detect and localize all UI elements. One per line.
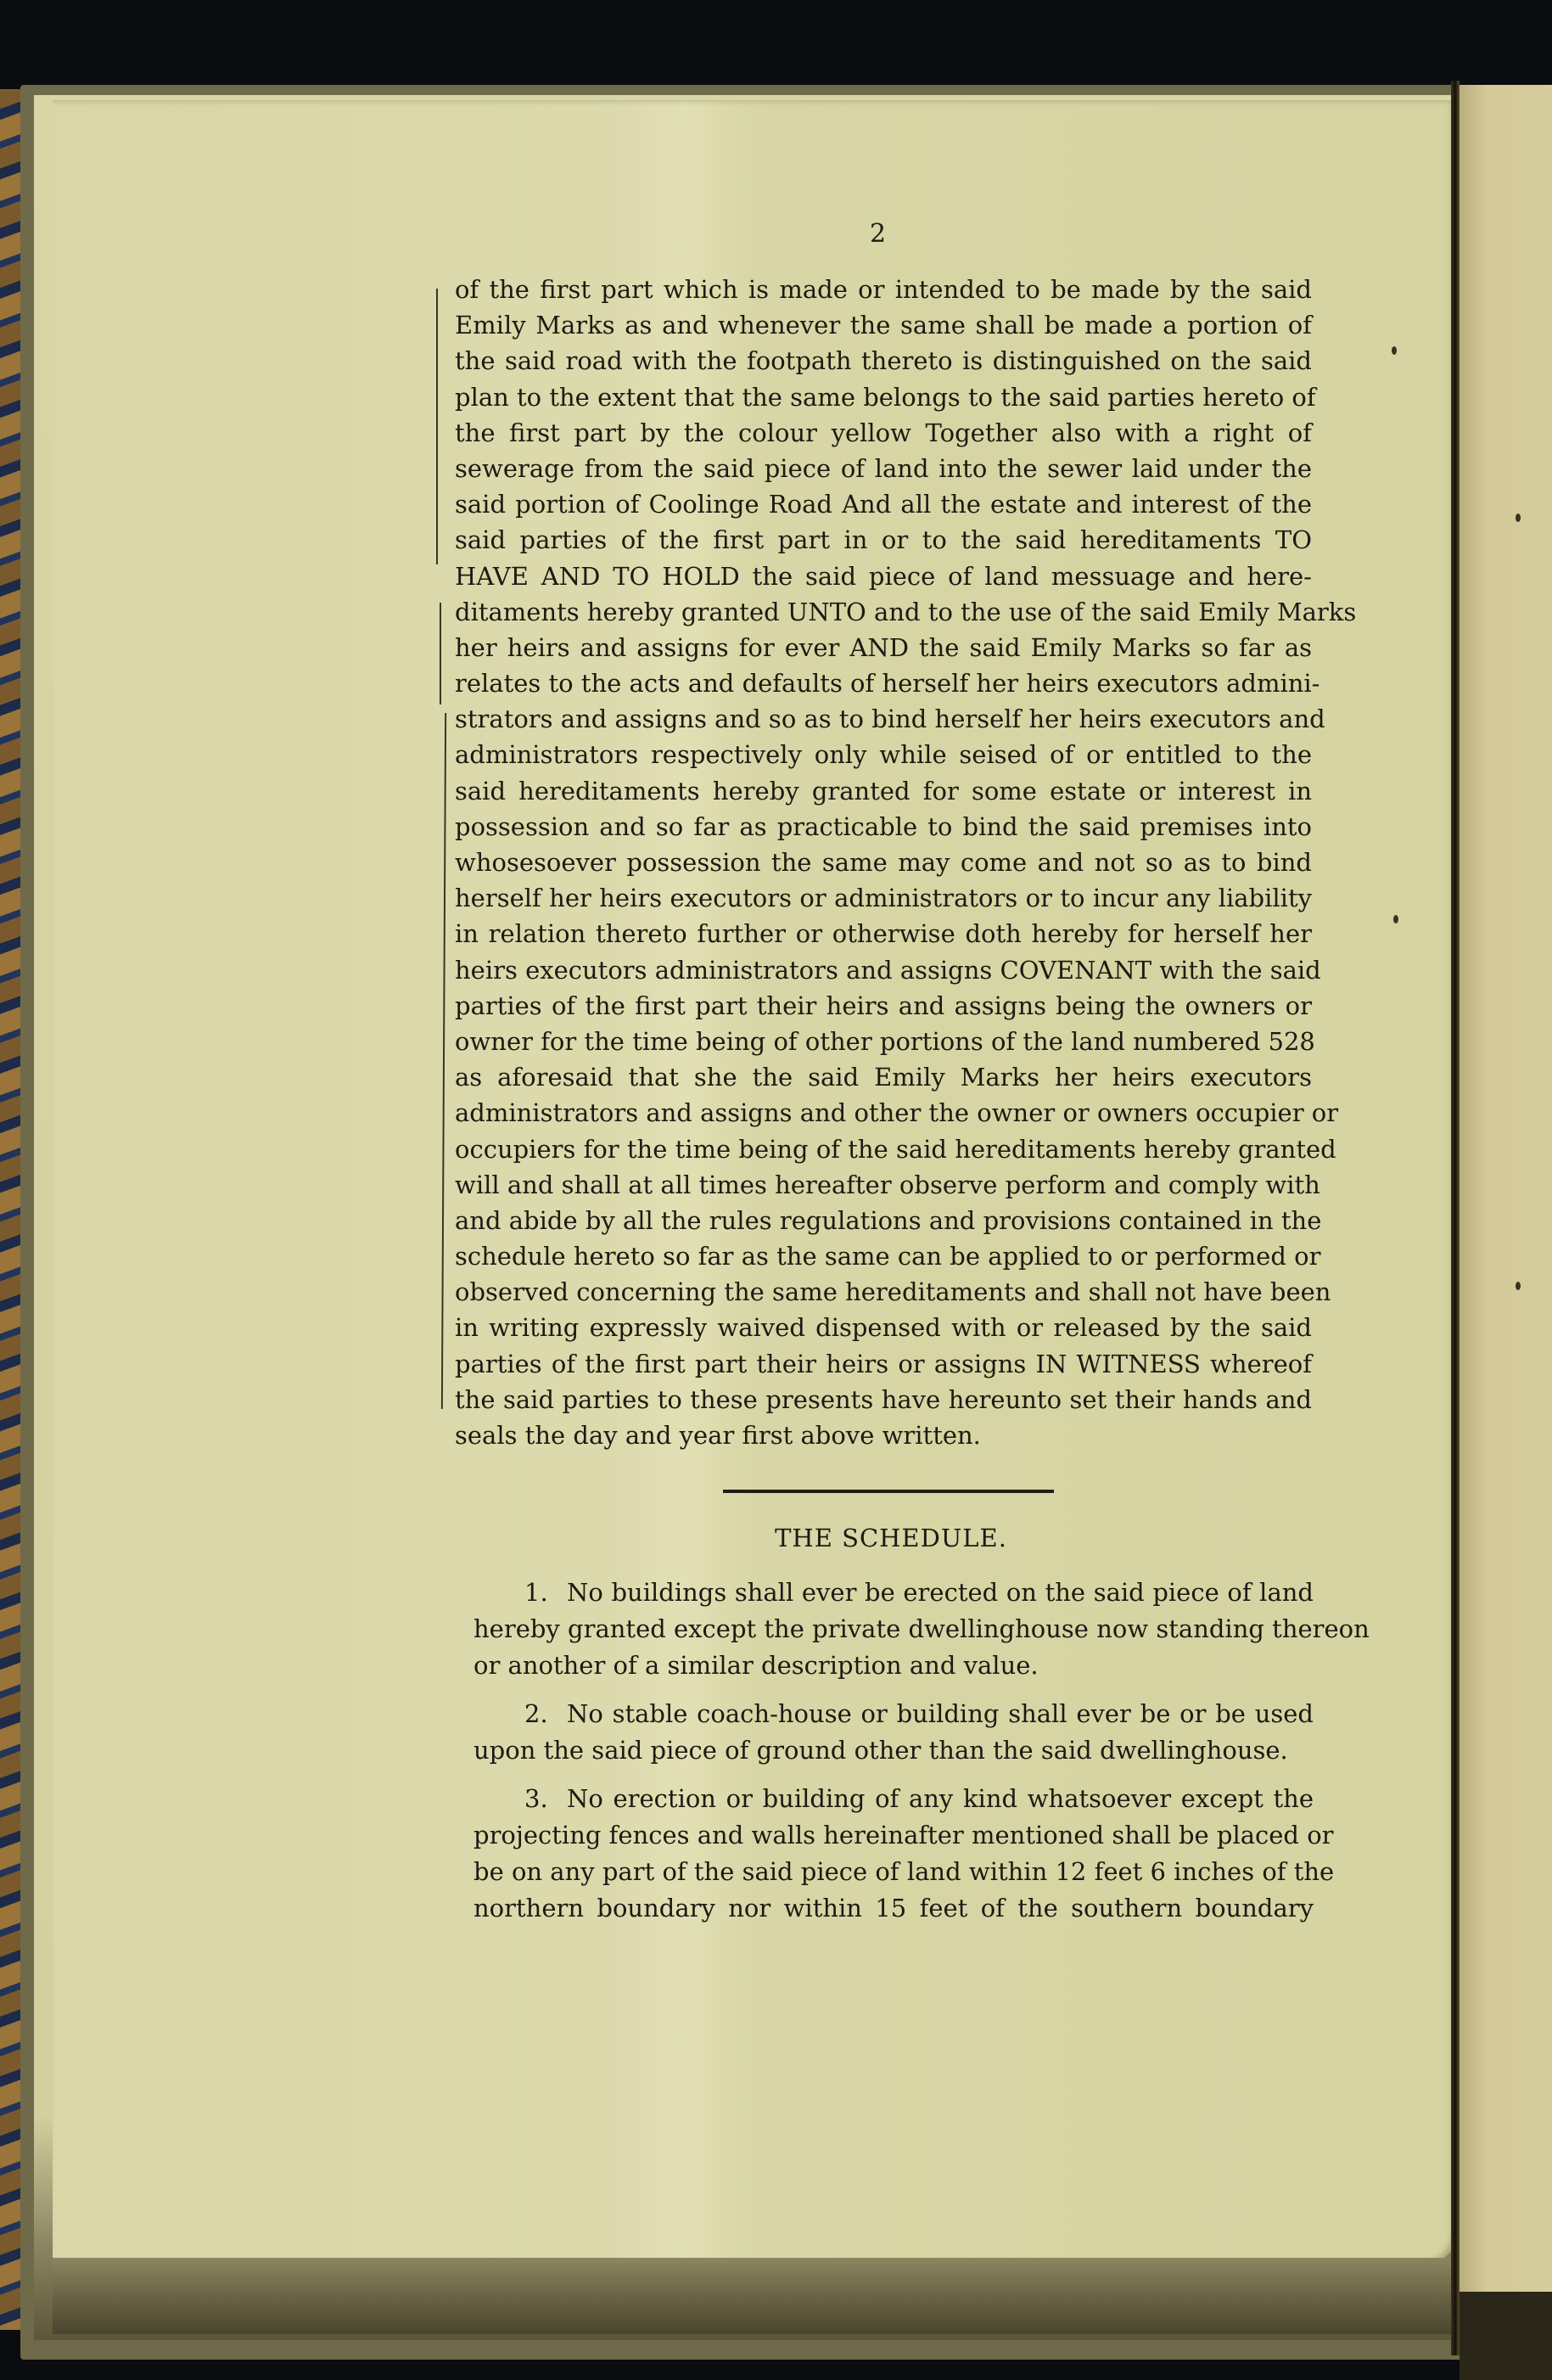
clause-line: 1.No buildings shall ever be erected on … <box>473 1575 1314 1611</box>
margin-pencil-line <box>440 603 441 704</box>
body-line: administrators and assigns and other the… <box>455 1095 1312 1131</box>
body-line: schedule hereto so far as the same can b… <box>455 1238 1312 1274</box>
body-line: heirs executors administrators and assig… <box>455 952 1312 988</box>
body-line: her heirs and assigns for ever AND the s… <box>455 630 1312 665</box>
body-line: said parties of the first part in or to … <box>455 522 1312 558</box>
page-bottom-edge <box>53 2258 1453 2334</box>
body-line: sewerage from the said piece of land int… <box>455 451 1312 486</box>
body-line: whosesoever possession the same may come… <box>455 845 1312 880</box>
schedule-clause-1: 1.No buildings shall ever be erected on … <box>473 1575 1314 1684</box>
body-line: and abide by all the rules regulations a… <box>455 1203 1312 1238</box>
schedule-clause-2: 2.No stable coach-house or building shal… <box>473 1696 1314 1769</box>
clause-text: upon the said piece of ground other than… <box>473 1736 1288 1765</box>
body-line: herself her heirs executors or administr… <box>455 880 1312 916</box>
clause-line: 2.No stable coach-house or building shal… <box>473 1696 1314 1732</box>
body-line: as aforesaid that she the said Emily Mar… <box>455 1059 1312 1095</box>
clause-number: 1. <box>524 1575 567 1611</box>
body-line: administrators respectively only while s… <box>455 737 1312 772</box>
body-line: in writing expressly waived dispensed wi… <box>455 1310 1312 1345</box>
clause-text: No stable coach-house or building shall … <box>567 1699 1314 1728</box>
body-line: HAVE AND TO HOLD the said piece of land … <box>455 559 1312 594</box>
paper-speck <box>1516 514 1521 522</box>
clause-line: projecting fences and walls hereinafter … <box>473 1817 1314 1854</box>
deed-body-text: of the first part which is made or inten… <box>455 272 1312 1453</box>
clause-number: 2. <box>524 1696 567 1732</box>
body-line: seals the day and year first above writt… <box>455 1417 1312 1453</box>
body-line: said hereditaments hereby granted for so… <box>455 773 1312 809</box>
body-line: said portion of Coolinge Road And all th… <box>455 486 1312 522</box>
body-line: parties of the first part their heirs or… <box>455 1346 1312 1382</box>
body-line: owner for the time being of other portio… <box>455 1024 1312 1059</box>
body-line: in relation thereto further or otherwise… <box>455 916 1312 951</box>
facing-page <box>1460 85 1552 2292</box>
body-line: of the first part which is made or inten… <box>455 272 1312 307</box>
body-line: Emily Marks as and whenever the same sha… <box>455 307 1312 343</box>
body-line: ditaments hereby granted UNTO and to the… <box>455 594 1312 630</box>
clause-text: projecting fences and walls hereinafter … <box>473 1821 1334 1850</box>
paper-speck <box>1516 1282 1521 1290</box>
schedule-title: THE SCHEDULE. <box>594 1524 1188 1552</box>
clause-line: 3.No erection or building of any kind wh… <box>473 1781 1314 1817</box>
clause-text: hereby granted except the private dwelli… <box>473 1614 1370 1643</box>
clause-line: hereby granted except the private dwelli… <box>473 1611 1314 1647</box>
paper-speck <box>1393 915 1398 923</box>
schedule-clauses: 1.No buildings shall ever be erected on … <box>473 1575 1314 1939</box>
body-line: parties of the first part their heirs an… <box>455 988 1312 1024</box>
facing-page-bottom <box>1460 2292 1552 2380</box>
clause-line: upon the said piece of ground other than… <box>473 1732 1314 1769</box>
page-number: 2 <box>870 219 886 249</box>
clause-text: No buildings shall ever be erected on th… <box>567 1578 1314 1607</box>
section-divider <box>723 1490 1054 1493</box>
clause-text: No erection or building of any kind what… <box>567 1784 1314 1813</box>
body-line: relates to the acts and defaults of hers… <box>455 665 1312 701</box>
body-line: strators and assigns and so as to bind h… <box>455 701 1312 737</box>
body-line: occupiers for the time being of the said… <box>455 1131 1312 1167</box>
clause-line: be on any part of the said piece of land… <box>473 1854 1314 1890</box>
margin-pencil-line <box>436 289 438 564</box>
clause-text: northern boundary nor within 15 feet of … <box>473 1894 1314 1923</box>
book-gutter <box>1451 81 1460 2355</box>
paper-speck <box>1392 346 1397 355</box>
clause-line: northern boundary nor within 15 feet of … <box>473 1890 1314 1927</box>
schedule-clause-3: 3.No erection or building of any kind wh… <box>473 1781 1314 1927</box>
body-line: observed concerning the same hereditamen… <box>455 1274 1312 1310</box>
body-line: the first part by the colour yellow Toge… <box>455 415 1312 451</box>
clause-text: be on any part of the said piece of land… <box>473 1857 1334 1886</box>
body-line: the said road with the footpath thereto … <box>455 343 1312 379</box>
body-line: plan to the extent that the same belongs… <box>455 379 1312 415</box>
body-line: will and shall at all times hereafter ob… <box>455 1167 1312 1203</box>
body-line: the said parties to these presents have … <box>455 1382 1312 1417</box>
body-line: possession and so far as practicable to … <box>455 809 1312 845</box>
clause-text: or another of a similar description and … <box>473 1651 1039 1680</box>
clause-line: or another of a similar description and … <box>473 1647 1314 1684</box>
clause-number: 3. <box>524 1781 567 1817</box>
